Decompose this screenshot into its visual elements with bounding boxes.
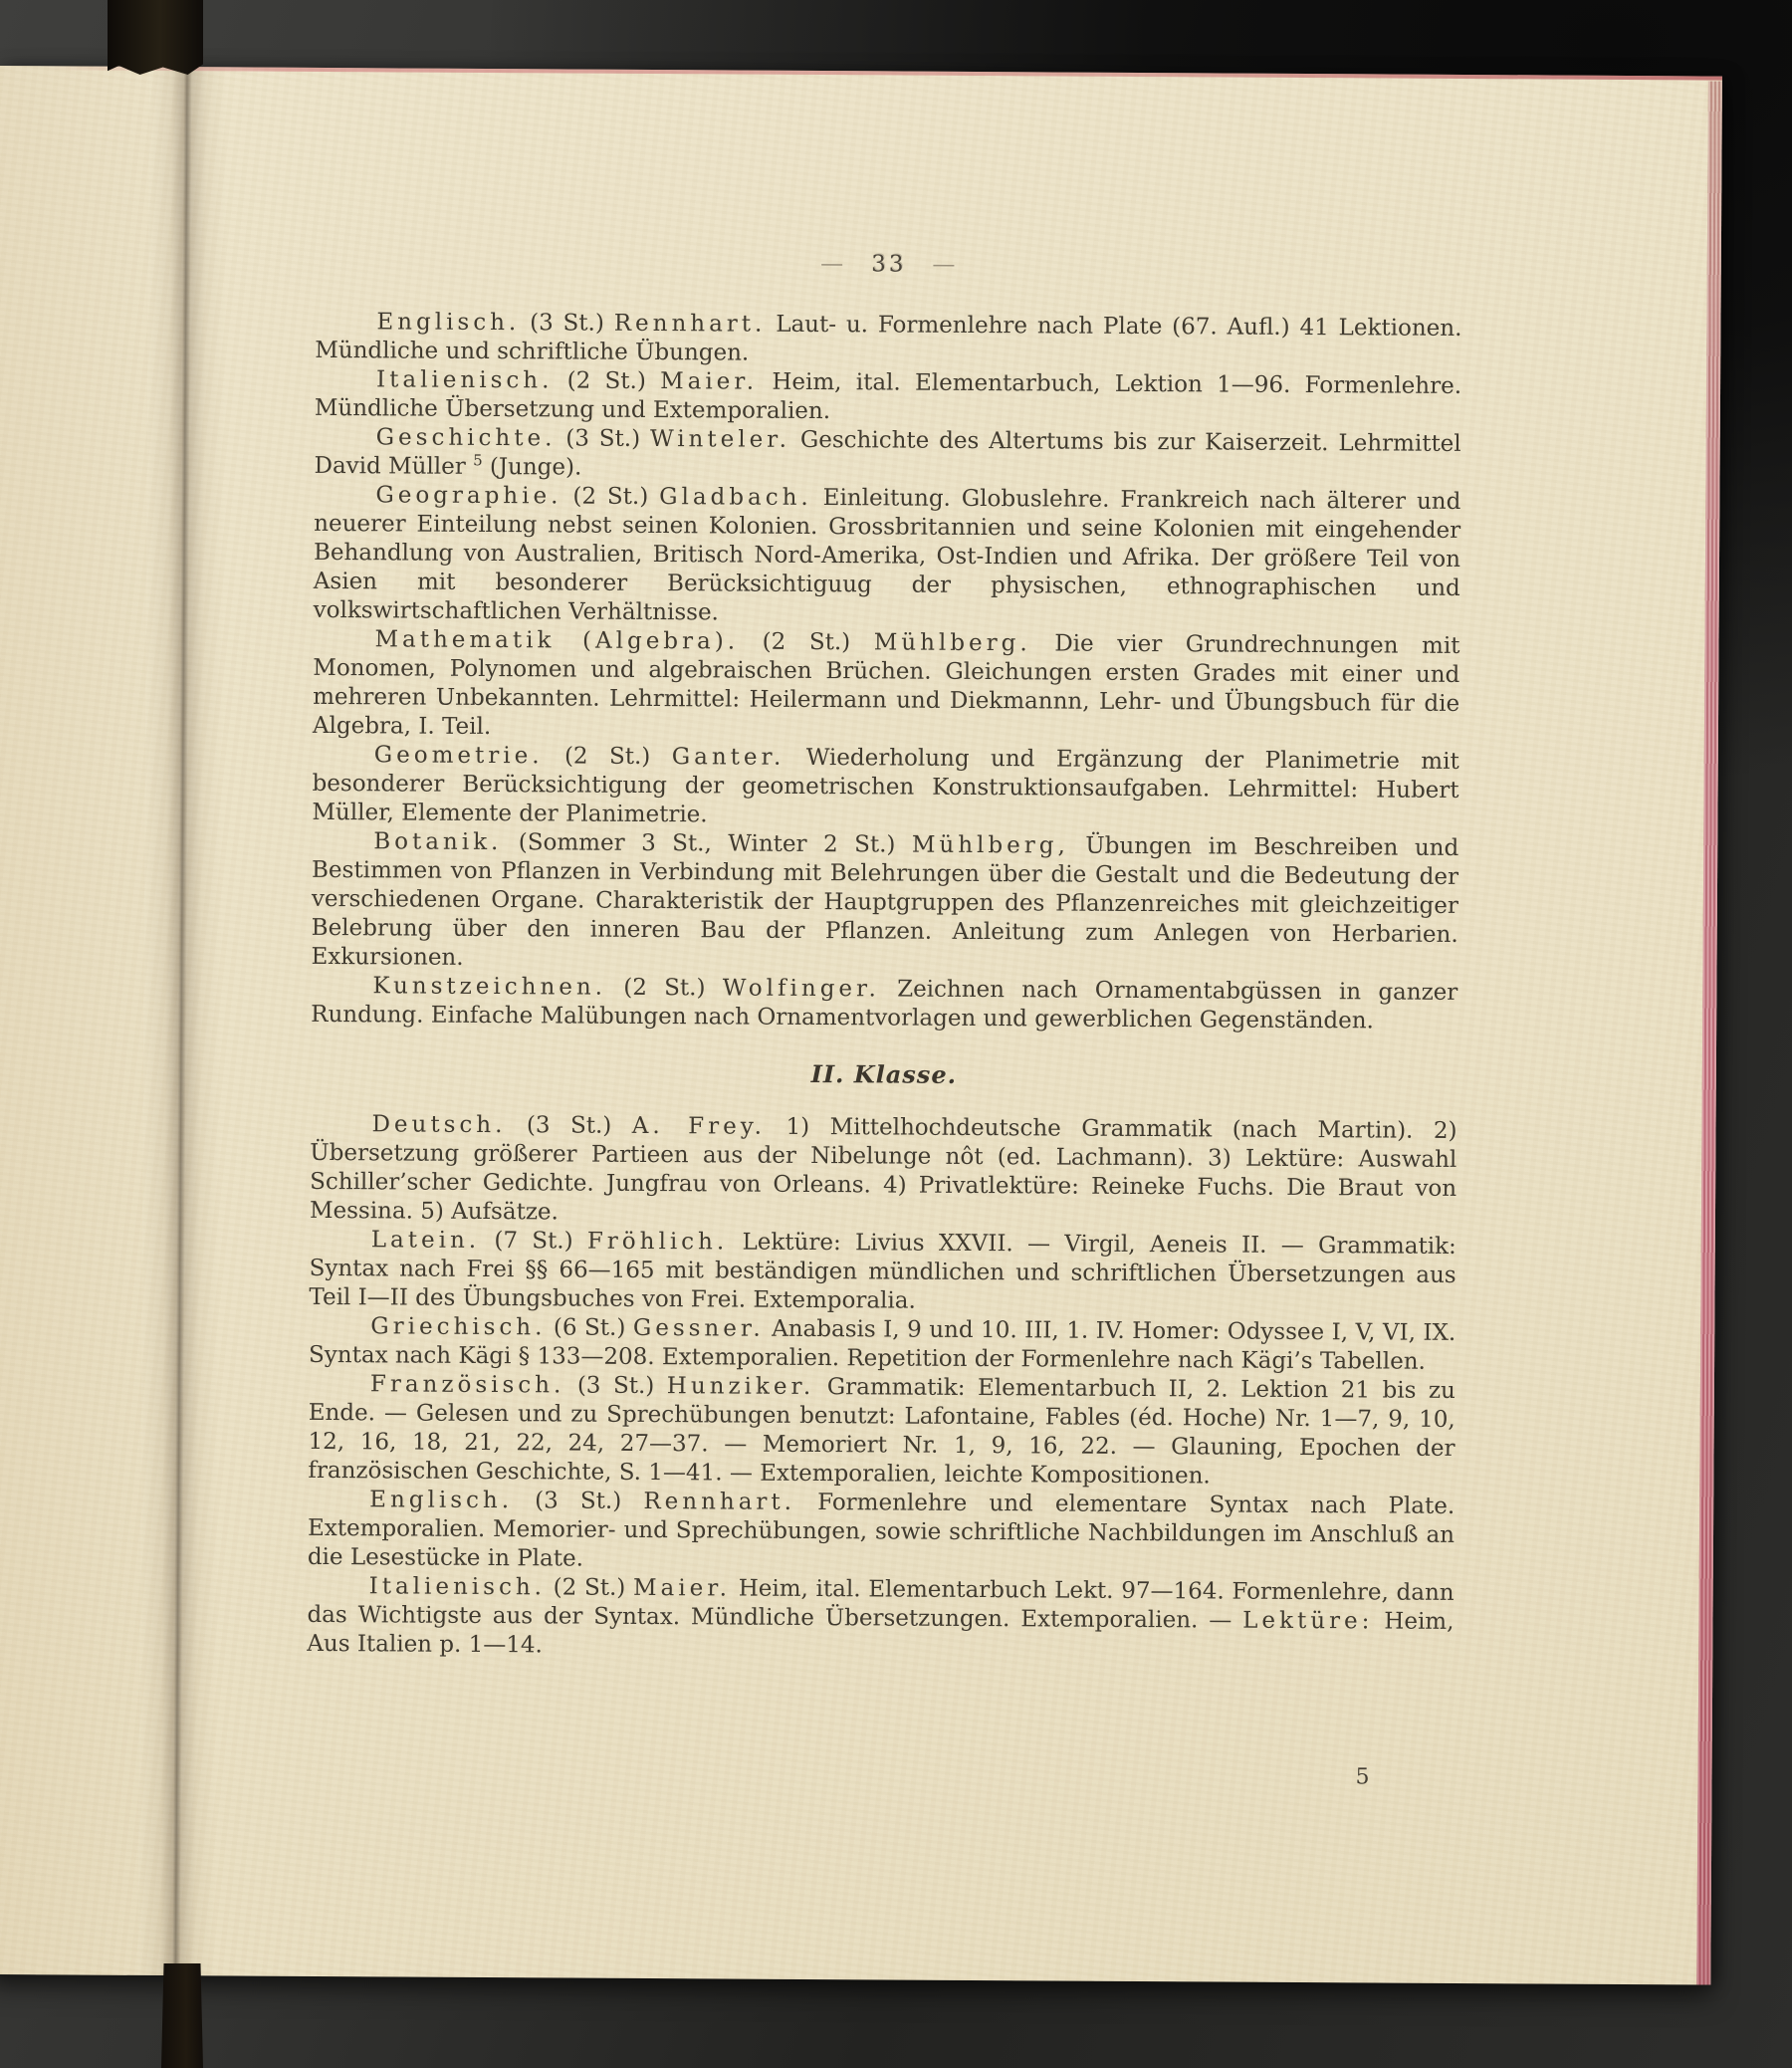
- spaced-text: Englisch.: [369, 1487, 513, 1513]
- book-page: —33— Englisch. (3 St.) Rennhart. Laut- u…: [0, 66, 1722, 1985]
- spaced-text: Ganter.: [672, 744, 785, 771]
- signature-mark: 5: [1355, 1764, 1369, 1789]
- page-text: Englisch. (3 St.) Rennhart. Laut- u. For…: [307, 308, 1461, 1666]
- page-number-right-dash: —: [932, 252, 957, 278]
- body-text: (2 St.): [546, 1574, 633, 1601]
- body-text: 5: [473, 451, 483, 469]
- spaced-text: Kunstzeichnen.: [372, 973, 606, 1000]
- paragraph: Mathematik (Algebra). (2 St.) Mühlberg. …: [313, 625, 1460, 748]
- body-text: (6 St.): [546, 1314, 633, 1341]
- spaced-text: Lektüre:: [1242, 1608, 1373, 1635]
- spaced-text: Hunziker.: [667, 1373, 815, 1400]
- spaced-text: Geometrie.: [374, 742, 544, 769]
- spaced-text: Maier.: [660, 368, 758, 395]
- body-text: (3 St.): [556, 425, 650, 452]
- spaced-text: Deutsch.: [371, 1111, 506, 1138]
- spaced-text: Griechisch.: [370, 1313, 546, 1340]
- spaced-text: Geographie.: [375, 482, 561, 509]
- section-heading: II. Klasse.: [311, 1056, 1457, 1092]
- bookmark-ribbon-top: [108, 0, 203, 75]
- paragraph: Englisch. (3 St.) Rennhart. Formenlehre …: [308, 1486, 1456, 1579]
- paragraph: Griechisch. (6 St.) Gessner. Anabasis I,…: [309, 1312, 1456, 1377]
- spaced-text: Gessner.: [633, 1315, 765, 1342]
- spaced-text: Gladbach.: [659, 484, 812, 511]
- paragraph: Botanik. (Sommer 3 St., Winter 2 St.) Mü…: [311, 827, 1458, 979]
- spaced-text: Geschichte.: [376, 424, 557, 451]
- page-gutter-crease: [135, 67, 227, 1975]
- spaced-text: Fröhlich.: [587, 1229, 728, 1256]
- spaced-text: A. Frey.: [632, 1113, 766, 1140]
- body-text: (3 St.): [513, 1488, 643, 1514]
- spaced-text: Mühlberg.: [874, 629, 1031, 656]
- paragraph: Geographie. (2 St.) Gladbach. Einleitung…: [314, 481, 1461, 632]
- facing-page-edge: [0, 66, 149, 1975]
- paragraph: Kunstzeichnen. (2 St.) Wolfinger. Zeichn…: [311, 972, 1457, 1036]
- spaced-text: Botanik.: [373, 828, 502, 855]
- page-number: —33—: [316, 247, 1462, 283]
- paragraph: Englisch. (3 St.) Rennhart. Laut- u. For…: [315, 308, 1461, 372]
- spaced-text: Maier.: [633, 1575, 731, 1602]
- body-text: (2 St.): [553, 367, 660, 394]
- scanned-book-spread: —33— Englisch. (3 St.) Rennhart. Laut- u…: [0, 0, 1792, 2068]
- page-number-value: 33: [871, 251, 906, 277]
- body-text: (2 St.): [543, 743, 671, 770]
- spaced-text: Italienisch.: [376, 366, 553, 393]
- body-text: (7 St.): [480, 1228, 587, 1255]
- paragraph: Deutsch. (3 St.) A. Frey. 1) Mittelhochd…: [310, 1110, 1457, 1233]
- spaced-text: Französisch.: [370, 1371, 565, 1398]
- page-number-left-dash: —: [820, 251, 845, 277]
- paragraph: Italienisch. (2 St.) Maier. Heim, ital. …: [315, 365, 1461, 430]
- paragraph: Geometrie. (2 St.) Ganter. Wiederholung …: [312, 741, 1459, 834]
- body-text: (Junge).: [483, 454, 582, 481]
- paragraph: Italienisch. (2 St.) Maier. Heim, ital. …: [307, 1572, 1455, 1666]
- spaced-text: Latein.: [371, 1227, 480, 1254]
- body-text: (Sommer 3 St., Winter 2 St.): [502, 829, 912, 858]
- text-column: —33— Englisch. (3 St.) Rennhart. Laut- u…: [307, 247, 1462, 1666]
- paragraph: Latein. (7 St.) Fröhlich. Lektüre: Liviu…: [309, 1226, 1456, 1319]
- spaced-text: Rennhart.: [614, 311, 767, 338]
- body-text: (3 St.): [520, 310, 614, 337]
- spaced-text: Rennhart.: [643, 1489, 795, 1515]
- body-text: (2 St.): [606, 975, 723, 1002]
- bookmark-ribbon-bottom: [161, 1963, 203, 2068]
- body-text: (2 St.): [561, 483, 659, 510]
- spaced-text: Winteler.: [650, 426, 790, 453]
- paragraph: Französisch. (3 St.) Hunziker. Grammatik…: [308, 1370, 1456, 1493]
- paragraph: Geschichte. (3 St.) Winteler. Geschichte…: [314, 423, 1460, 488]
- body-text: (3 St.): [564, 1372, 667, 1399]
- body-text: (2 St.): [739, 629, 874, 656]
- spaced-text: Mathematik (Algebra).: [374, 626, 739, 654]
- spaced-text: Wolfinger.: [723, 975, 880, 1002]
- body-text: (3 St.): [506, 1112, 632, 1139]
- spaced-text: Italienisch.: [369, 1573, 546, 1600]
- spaced-text: Englisch.: [376, 309, 520, 336]
- spaced-text: Mühlberg,: [912, 832, 1069, 859]
